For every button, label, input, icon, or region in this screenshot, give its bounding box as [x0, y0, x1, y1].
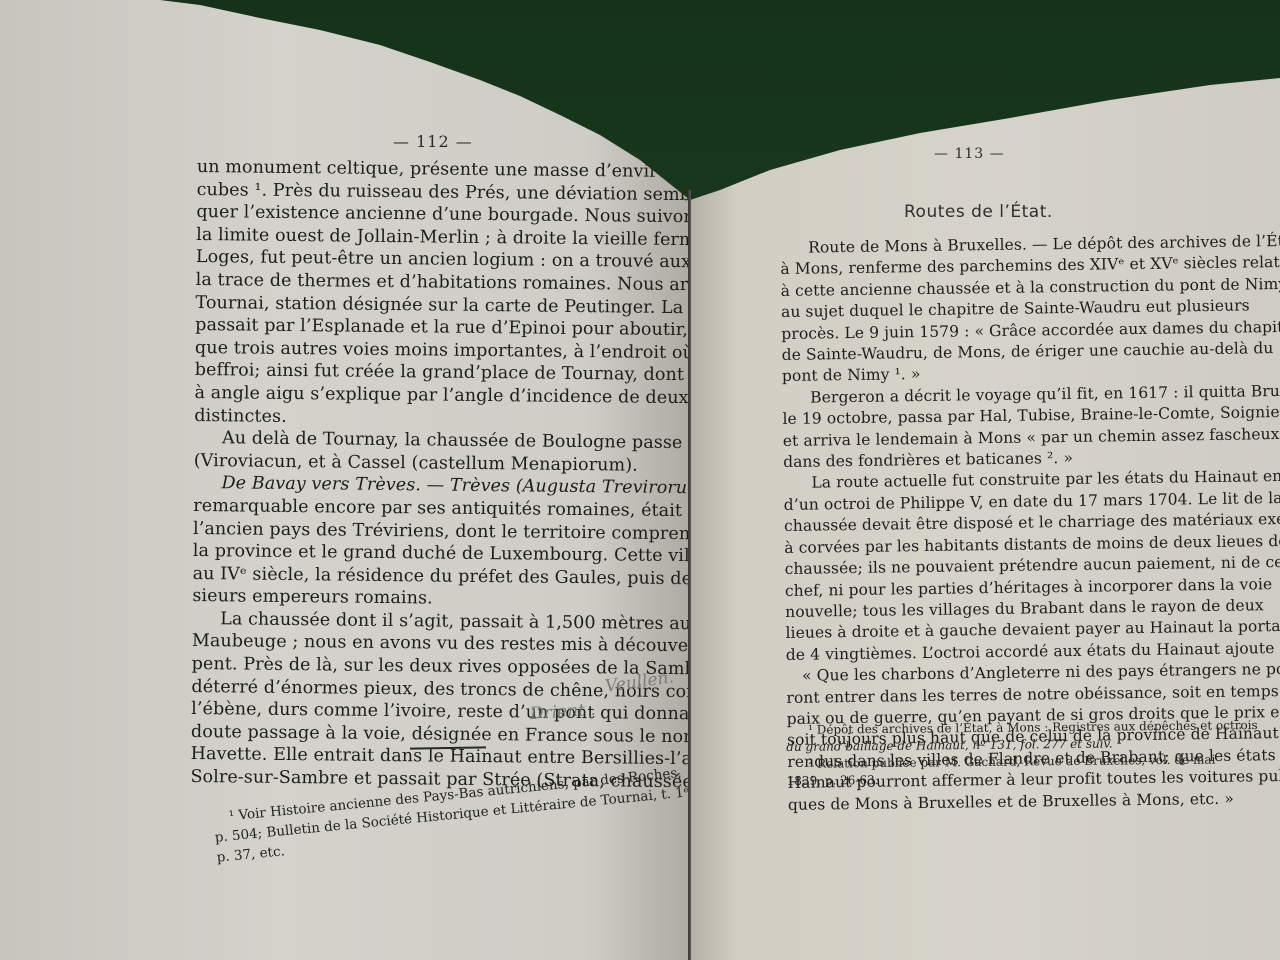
page-number-113: — 113 — [934, 146, 1005, 162]
left-page: — 112 — un monument celtique, présente u… [0, 0, 690, 960]
page-number-112: — 112 — [393, 132, 473, 151]
right-footnotes: ¹ Dépôt des archives de l’État, à Mons :… [786, 717, 1257, 790]
section-heading: Routes de l’État. [904, 202, 1053, 222]
book-gutter [688, 190, 691, 960]
left-page-body: un monument celtique, présente une masse… [190, 156, 637, 793]
